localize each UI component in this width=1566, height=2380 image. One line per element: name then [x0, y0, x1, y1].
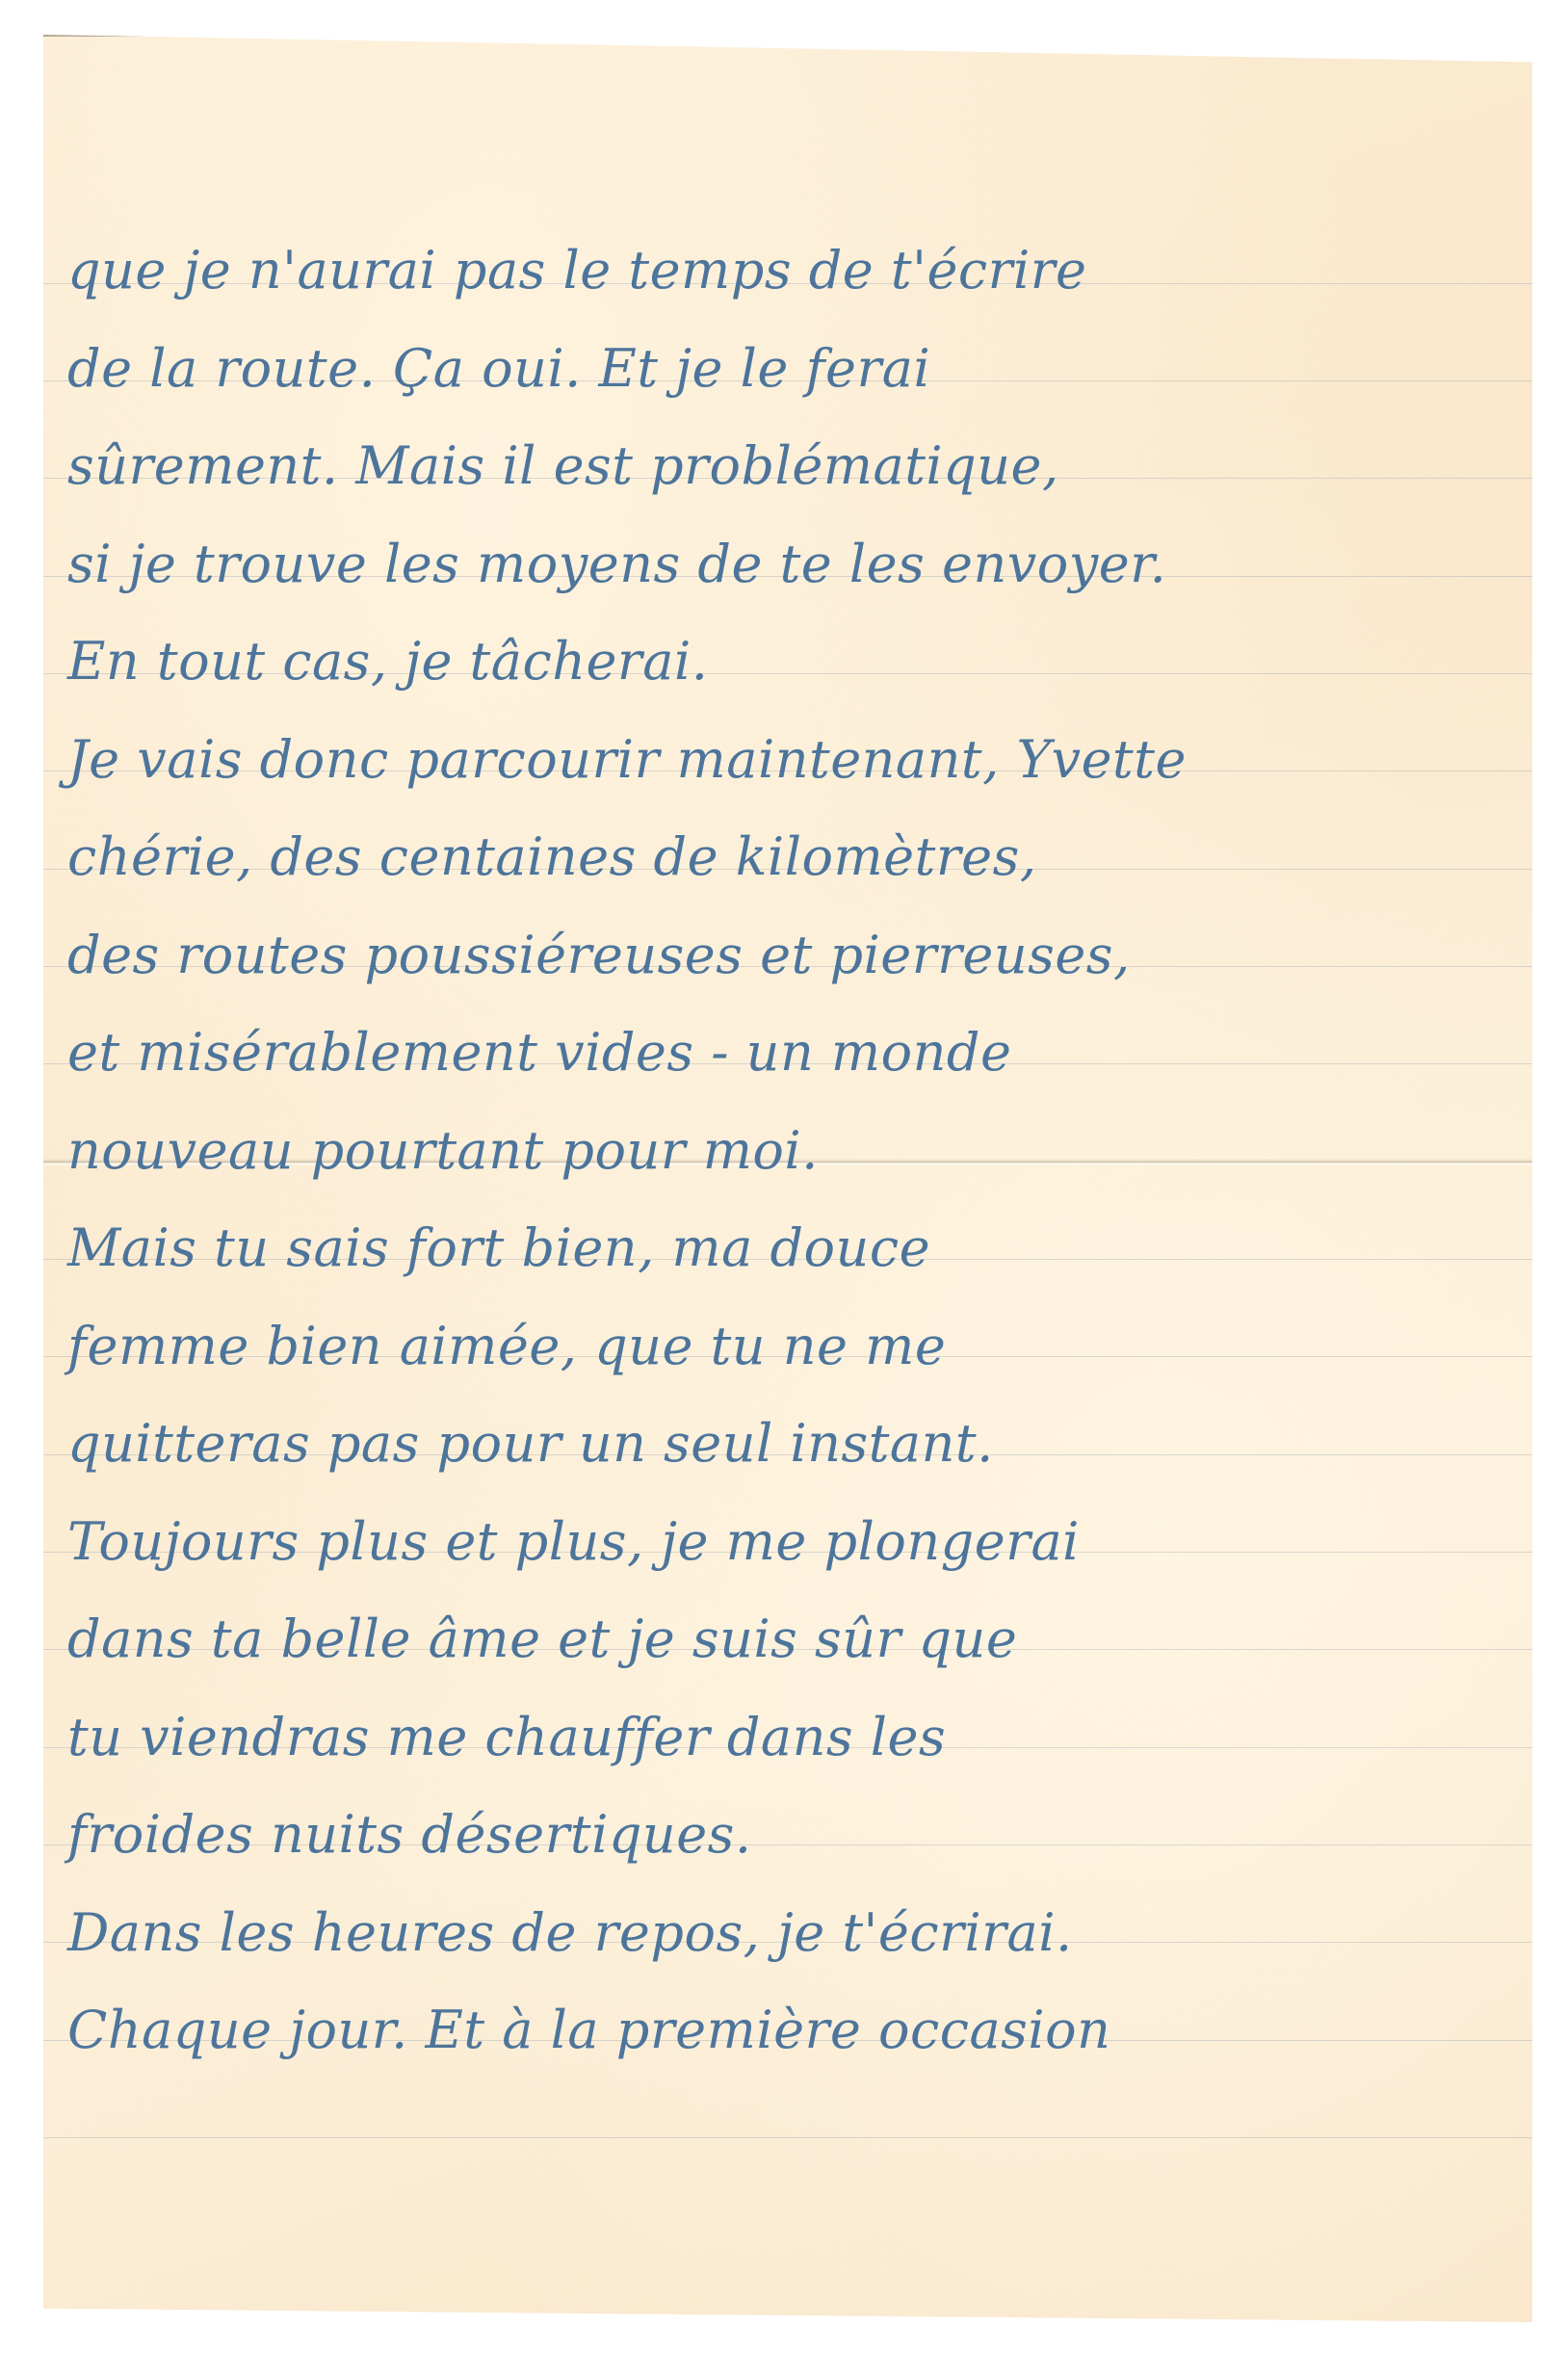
text-line: Toujours plus et plus, je me plongerai	[67, 1493, 1474, 1591]
text-line: chérie, des centaines de kilomètres,	[67, 808, 1474, 906]
text-line: sûrement. Mais il est problématique,	[67, 417, 1474, 515]
text-line: femme bien aimée, que tu ne me	[67, 1297, 1474, 1396]
text-line: si je trouve les moyens de te les envoye…	[67, 515, 1474, 614]
text-line: En tout cas, je tâcherai.	[67, 613, 1474, 711]
text-line: quitteras pas pour un seul instant.	[67, 1395, 1474, 1493]
text-line: Mais tu sais fort bien, ma douce	[67, 1199, 1474, 1297]
text-line: froides nuits désertiques.	[67, 1786, 1474, 1884]
text-line: nouveau pourtant pour moi.	[67, 1102, 1474, 1200]
text-line: et misérablement vides - un monde	[67, 1004, 1474, 1102]
text-line: des routes poussiéreuses et pierreuses,	[67, 906, 1474, 1005]
text-line: Dans les heures de repos, je t'écrirai.	[67, 1884, 1474, 1982]
text-line: Je vais donc parcourir maintenant, Yvett…	[67, 711, 1474, 809]
text-line: que je n'aurai pas le temps de t'écrire	[67, 222, 1474, 320]
handwritten-text: que je n'aurai pas le temps de t'écrire …	[67, 222, 1474, 2079]
ruled-line	[43, 2137, 1532, 2138]
text-line: Chaque jour. Et à la première occasion	[67, 1981, 1474, 2079]
text-line: dans ta belle âme et je suis sûr que	[67, 1590, 1474, 1688]
text-line: tu viendras me chauffer dans les	[67, 1688, 1474, 1787]
text-line: de la route. Ça oui. Et je le ferai	[67, 320, 1474, 418]
